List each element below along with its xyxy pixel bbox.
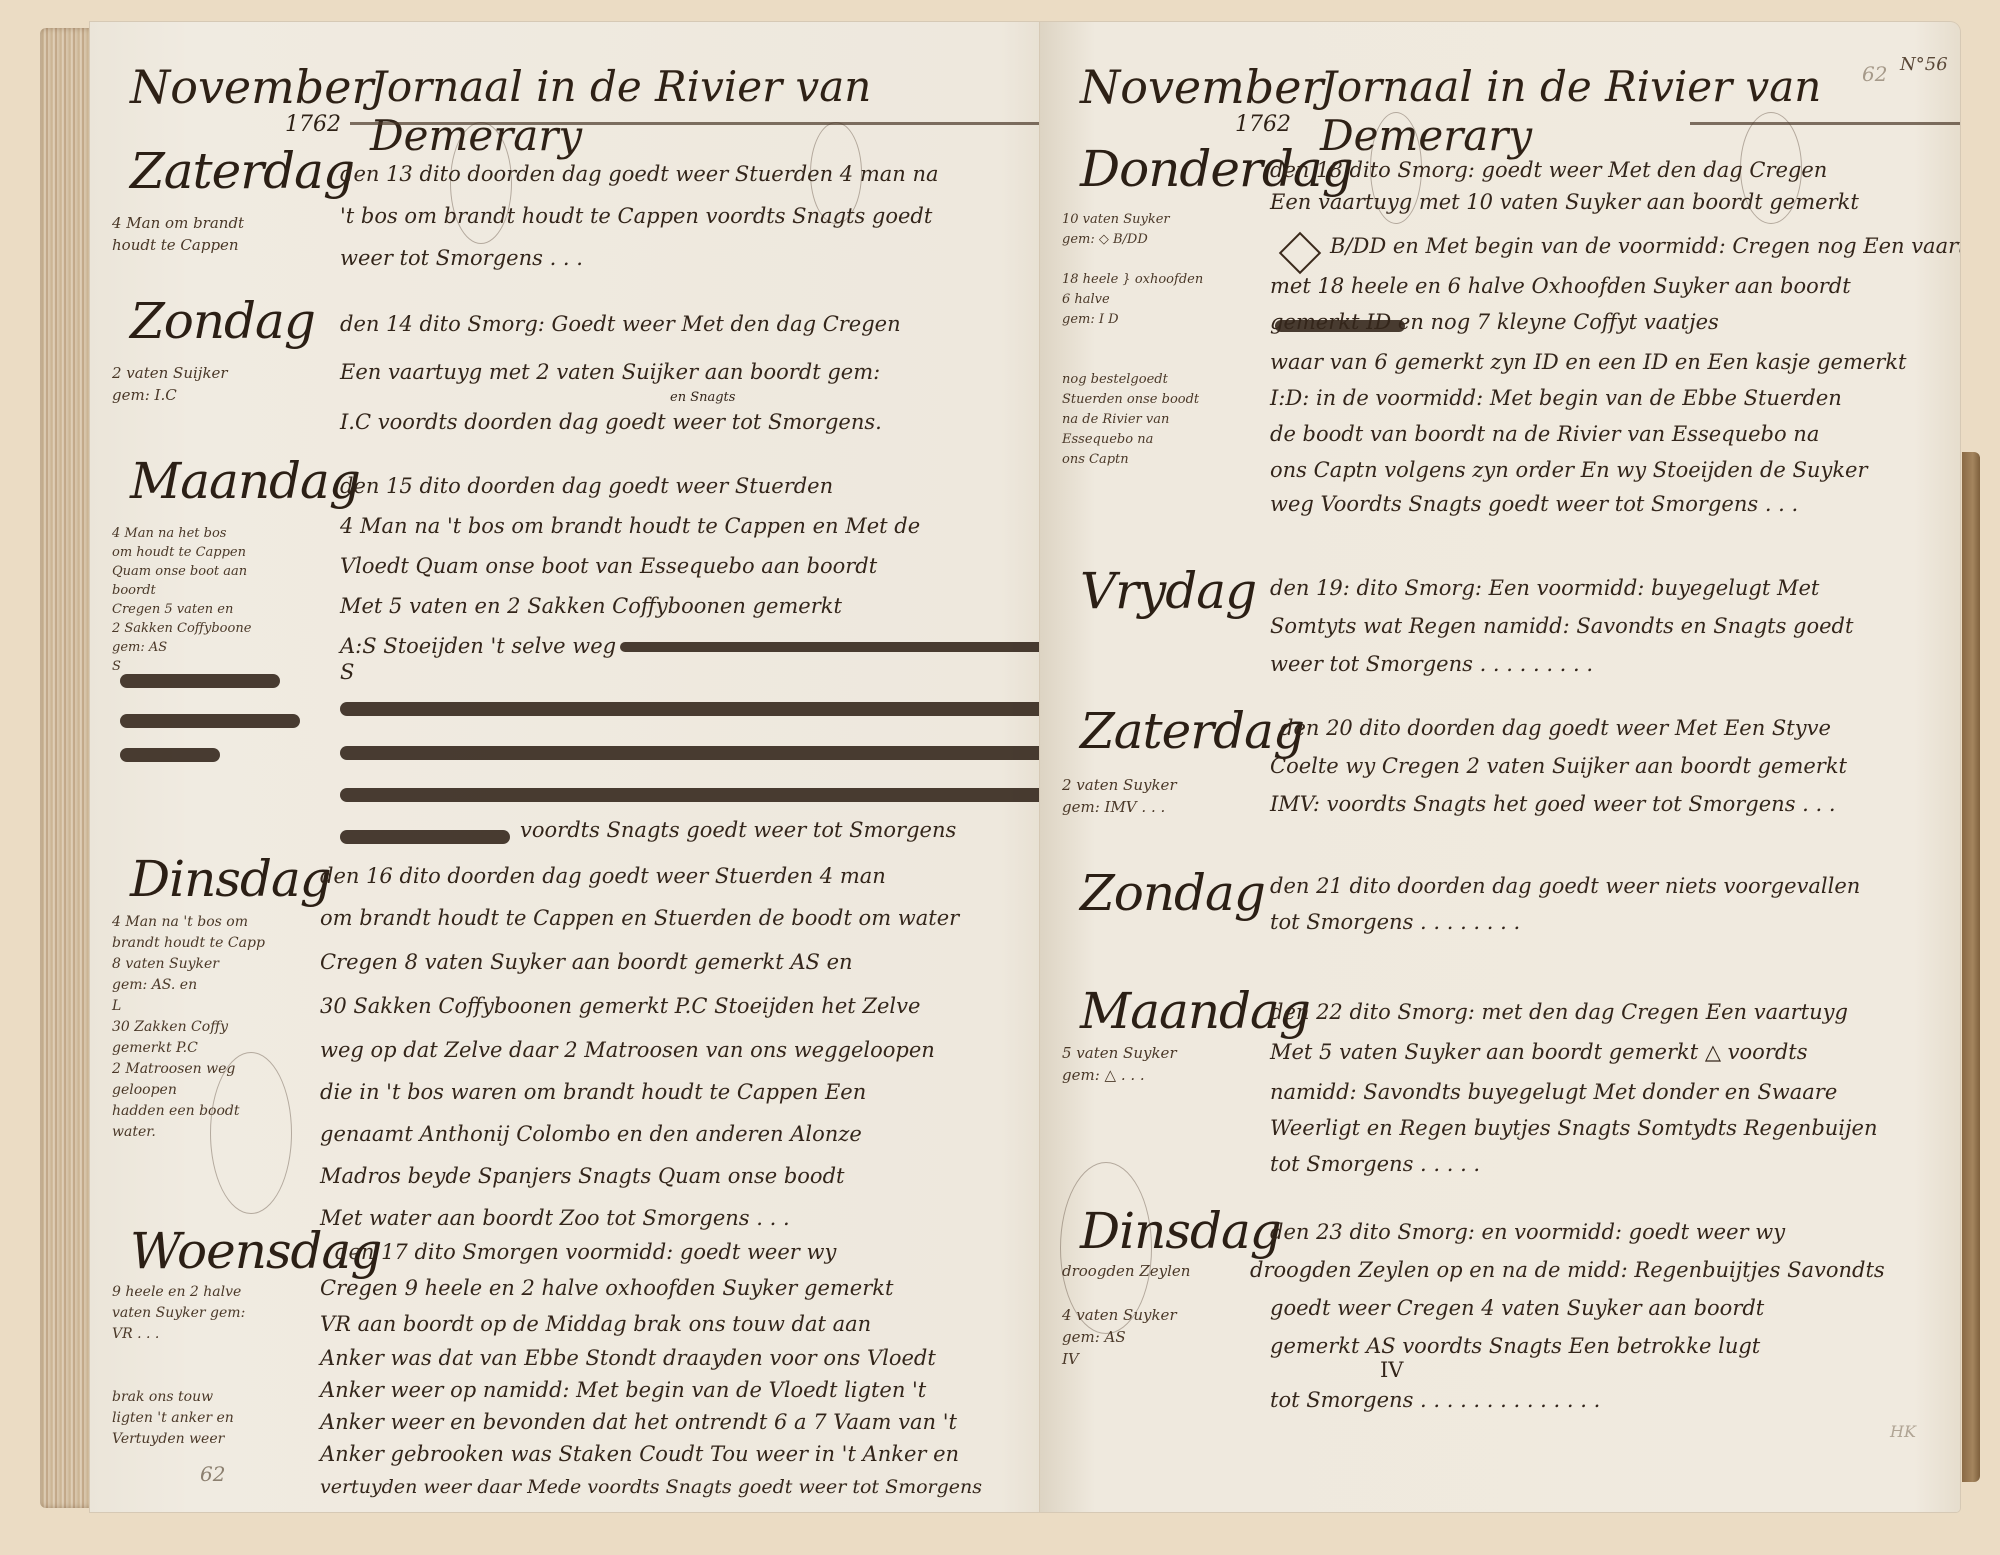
- margin-note: 10 vaten Suyker gem: ◇ B/DD 18 heele } o…: [1062, 210, 1257, 470]
- right-page: November Jornaal in de Rivier van Demera…: [1040, 22, 1960, 1512]
- entry-line: Coelte wy Cregen 2 vaten Suijker aan boo…: [1270, 754, 1847, 778]
- struck-out-text: [340, 788, 1050, 802]
- struck-out-text: [340, 702, 1060, 716]
- header-month: November: [130, 60, 373, 114]
- entry-line: Weerligt en Regen buytjes Snagts Somtydt…: [1270, 1116, 1877, 1140]
- entry-line: Vloedt Quam onse boot van Essequebo aan …: [340, 554, 877, 578]
- margin-note: 2 vaten Suyker gem: IMV . . .: [1062, 774, 1257, 818]
- struck-out-text: [340, 746, 1060, 760]
- entry-line: genaamt Anthonij Colombo en den anderen …: [320, 1122, 862, 1146]
- entry-line: weg op dat Zelve daar 2 Matroosen van on…: [320, 1038, 935, 1062]
- entry-line: den 22 dito Smorg: met den dag Cregen Ee…: [1270, 1000, 1848, 1024]
- left-page: November Jornaal in de Rivier van Demera…: [90, 22, 1081, 1512]
- entry-line: S: [340, 660, 354, 684]
- entry-line: vertuyden weer daar Mede voordts Snagts …: [320, 1476, 982, 1498]
- entry-line: den 17 dito Smorgen voormidd: goedt weer…: [335, 1240, 836, 1264]
- day-heading: Vrydag: [1080, 562, 1256, 620]
- entry-line: B/DD en Met begin van de voormidd: Crege…: [1330, 234, 1960, 258]
- entry-line: Met water aan boordt Zoo tot Smorgens . …: [320, 1206, 790, 1230]
- entry-line: VR aan boordt op de Middag brak ons touw…: [320, 1312, 871, 1336]
- binding-edge: [1962, 452, 1980, 1482]
- day-heading: Maandag: [130, 452, 360, 510]
- header-underline: [1690, 122, 1960, 125]
- insertion-note: en Snagts: [670, 390, 735, 405]
- entry-line: gemerkt AS voordts Snagts Een betrokke l…: [1270, 1334, 1760, 1358]
- pen-flourish: [1060, 1162, 1152, 1334]
- entry-line: 30 Sakken Coffyboonen gemerkt P.C Stoeij…: [320, 994, 920, 1018]
- day-heading: Zondag: [130, 292, 315, 350]
- entry-line: Met 5 vaten en 2 Sakken Coffyboonen geme…: [340, 594, 842, 618]
- day-heading: Dinsdag: [130, 850, 331, 908]
- entry-line: die in 't bos waren om brandt houdt te C…: [320, 1080, 866, 1104]
- entry-line: Anker weer op namidd: Met begin van de V…: [320, 1378, 926, 1402]
- entry-line: Met 5 vaten Suyker aan boordt gemerkt △ …: [1270, 1040, 1808, 1064]
- entry-line: den 21 dito doorden dag goedt weer niets…: [1270, 874, 1860, 898]
- pen-flourish: [1740, 112, 1802, 224]
- entry-line: met 18 heele en 6 halve Oxhoofden Suyker…: [1270, 274, 1851, 298]
- entry-line: waar van 6 gemerkt zyn ID en een ID en E…: [1270, 350, 1907, 374]
- page-number: 62: [200, 1462, 225, 1486]
- entry-line: Een vaartuyg met 2 vaten Suijker aan boo…: [340, 360, 880, 384]
- struck-out-text: [340, 830, 510, 844]
- right-page-header: November Jornaal in de Rivier van Demera…: [1070, 50, 1950, 130]
- entry-line: droogden Zeylen op en na de midd: Regenb…: [1250, 1258, 1885, 1282]
- entry-line: den 20 dito doorden dag goedt weer Met E…: [1280, 716, 1831, 740]
- entry-line: tot Smorgens . . . . . . . .: [1270, 910, 1520, 934]
- entry-line: namidd: Savondts buyegelugt Met donder e…: [1270, 1080, 1837, 1104]
- entry-line: tot Smorgens . . . . . . . . . . . . . .: [1270, 1388, 1600, 1412]
- entry-line: ons Captn volgens zyn order En wy Stoeij…: [1270, 458, 1868, 482]
- entry-line: IMV: voordts Snagts het goed weer tot Sm…: [1270, 792, 1836, 816]
- pen-flourish: [450, 122, 512, 244]
- struck-out-text: [120, 748, 220, 762]
- pen-flourish: [810, 122, 862, 224]
- margin-note: 4 Man om brandt houdt te Cappen: [112, 212, 307, 256]
- header-year: 1762: [1235, 112, 1291, 137]
- entry-line: den 19: dito Smorg: Een voormidd: buyege…: [1270, 576, 1819, 600]
- entry-line: Cregen 9 heele en 2 halve oxhoofden Suyk…: [320, 1276, 893, 1300]
- struck-out-text: [120, 714, 300, 728]
- entry-line: goedt weer Cregen 4 vaten Suyker aan boo…: [1270, 1296, 1764, 1320]
- entry-line: I.C voordts doorden dag goedt weer tot S…: [340, 410, 882, 434]
- entry-line: A:S Stoeijden 't selve weg: [340, 634, 616, 658]
- struck-out-text: [120, 674, 280, 688]
- entry-line: Anker gebrooken was Staken Coudt Tou wee…: [320, 1442, 959, 1466]
- pen-flourish: [210, 1052, 292, 1214]
- day-heading: Zondag: [1080, 864, 1265, 922]
- entry-line: tot Smorgens . . . . .: [1270, 1152, 1480, 1176]
- header-month: November: [1080, 60, 1323, 114]
- left-page-header: November Jornaal in de Rivier van Demera…: [120, 50, 1070, 130]
- margin-note: 2 vaten Suijker gem: I.C: [112, 362, 307, 406]
- entry-line: den 15 dito doorden dag goedt weer Stuer…: [340, 474, 833, 498]
- margin-note: 9 heele en 2 halve vaten Suyker gem: VR …: [112, 1282, 307, 1450]
- header-underline: [350, 122, 1040, 125]
- entry-line: den 16 dito doorden dag goedt weer Stuer…: [320, 864, 886, 888]
- footer-mark: HK: [1890, 1422, 1916, 1441]
- folio-number: N°56: [1900, 54, 1948, 75]
- open-ledger-book: November Jornaal in de Rivier van Demera…: [40, 22, 1965, 1517]
- entry-line: voordts Snagts goedt weer tot Smorgens: [520, 818, 956, 842]
- entry-line: Somtyts wat Regen namidd: Savondts en Sn…: [1270, 614, 1853, 638]
- entry-line: 4 Man na 't bos om brandt houdt te Cappe…: [340, 514, 920, 538]
- entry-line: Anker weer en bevonden dat het ontrendt …: [320, 1410, 957, 1434]
- entry-line: om brandt houdt te Cappen en Stuerden de…: [320, 906, 959, 930]
- entry-line: den 14 dito Smorg: Goedt weer Met den da…: [340, 312, 901, 336]
- margin-note: 5 vaten Suyker gem: △ . . .: [1062, 1042, 1257, 1086]
- day-heading: Zaterdag: [130, 142, 354, 200]
- entry-line: Anker was dat van Ebbe Stondt draayden v…: [320, 1346, 936, 1370]
- entry-line: weer tot Smorgens . . .: [340, 246, 583, 270]
- entry-line: gemerkt ID en nog 7 kleyne Coffyt vaatje…: [1270, 310, 1719, 334]
- entry-line: den 23 dito Smorg: en voormidd: goedt we…: [1270, 1220, 1785, 1244]
- merchant-mark-diamond-icon: [1279, 232, 1321, 274]
- header-year: 1762: [285, 112, 341, 137]
- entry-line: I:D: in de voormidd: Met begin van de Eb…: [1270, 386, 1842, 410]
- entry-line: IV: [1380, 1358, 1403, 1382]
- page-number-pencil: 62: [1862, 62, 1887, 86]
- entry-line: Cregen 8 vaten Suyker aan boordt gemerkt…: [320, 950, 853, 974]
- day-heading: Zaterdag: [1080, 702, 1304, 760]
- pen-flourish: [1370, 112, 1422, 224]
- struck-out-text: [620, 642, 1060, 652]
- entry-line: Madros beyde Spanjers Snagts Quam onse b…: [320, 1164, 844, 1188]
- entry-line: weer tot Smorgens . . . . . . . . .: [1270, 652, 1593, 676]
- entry-line: weg Voordts Snagts goedt weer tot Smorge…: [1270, 492, 1798, 516]
- margin-note: 4 Man na het bos om houdt te Cappen Quam…: [112, 524, 307, 676]
- entry-line: de boodt van boordt na de Rivier van Ess…: [1270, 422, 1819, 446]
